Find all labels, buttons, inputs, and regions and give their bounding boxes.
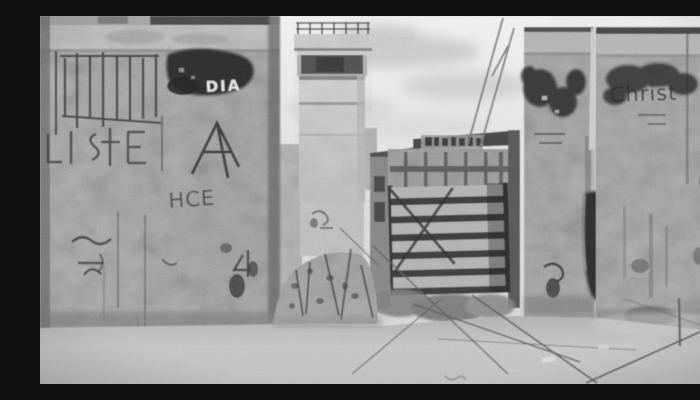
vignette-overlay [40,16,700,384]
berlin-wall-photo: DIA HCE [40,16,700,384]
